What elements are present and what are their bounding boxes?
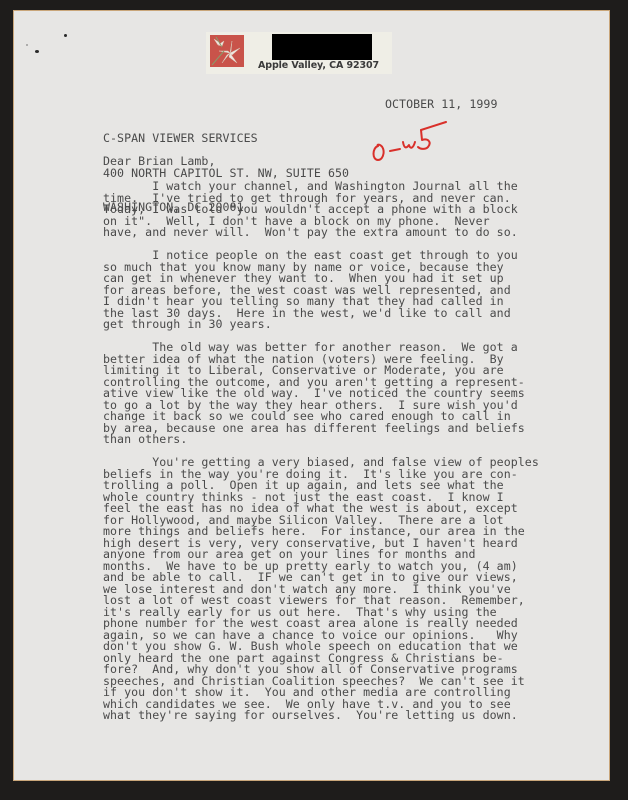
speck-mark [26,44,28,46]
letter-line: than others. [103,434,539,446]
speck-mark [35,50,39,53]
letter-paragraph: You're getting a very biased, and false … [103,457,539,722]
handwritten-annotation [368,118,448,163]
letter-line: get through in 30 years. [103,319,539,331]
letter-date: OCTOBER 11, 1999 [385,99,497,111]
speck-mark [64,34,67,37]
return-address-location: Apple Valley, CA 92307 [258,60,379,71]
letter-paragraph: The old way was better for another reaso… [103,342,539,446]
recipient-address-line: C-SPAN VIEWER SERVICES [103,133,349,145]
lily-flower-icon [210,35,244,67]
letter-paragraph: I notice people on the east coast get th… [103,250,539,331]
recipient-address-line: 400 NORTH CAPITOL ST. NW, SUITE 650 [103,168,349,180]
salutation: Dear Brian Lamb, [103,156,215,168]
redacted-name-bar [272,34,372,60]
letter-paragraph: I watch your channel, and Washington Jou… [103,181,539,239]
letter-body: I watch your channel, and Washington Jou… [103,181,539,733]
letter-line: what they're saying for ourselves. You'r… [103,710,539,722]
letter-line: have, and never will. Won't pay the extr… [103,227,539,239]
